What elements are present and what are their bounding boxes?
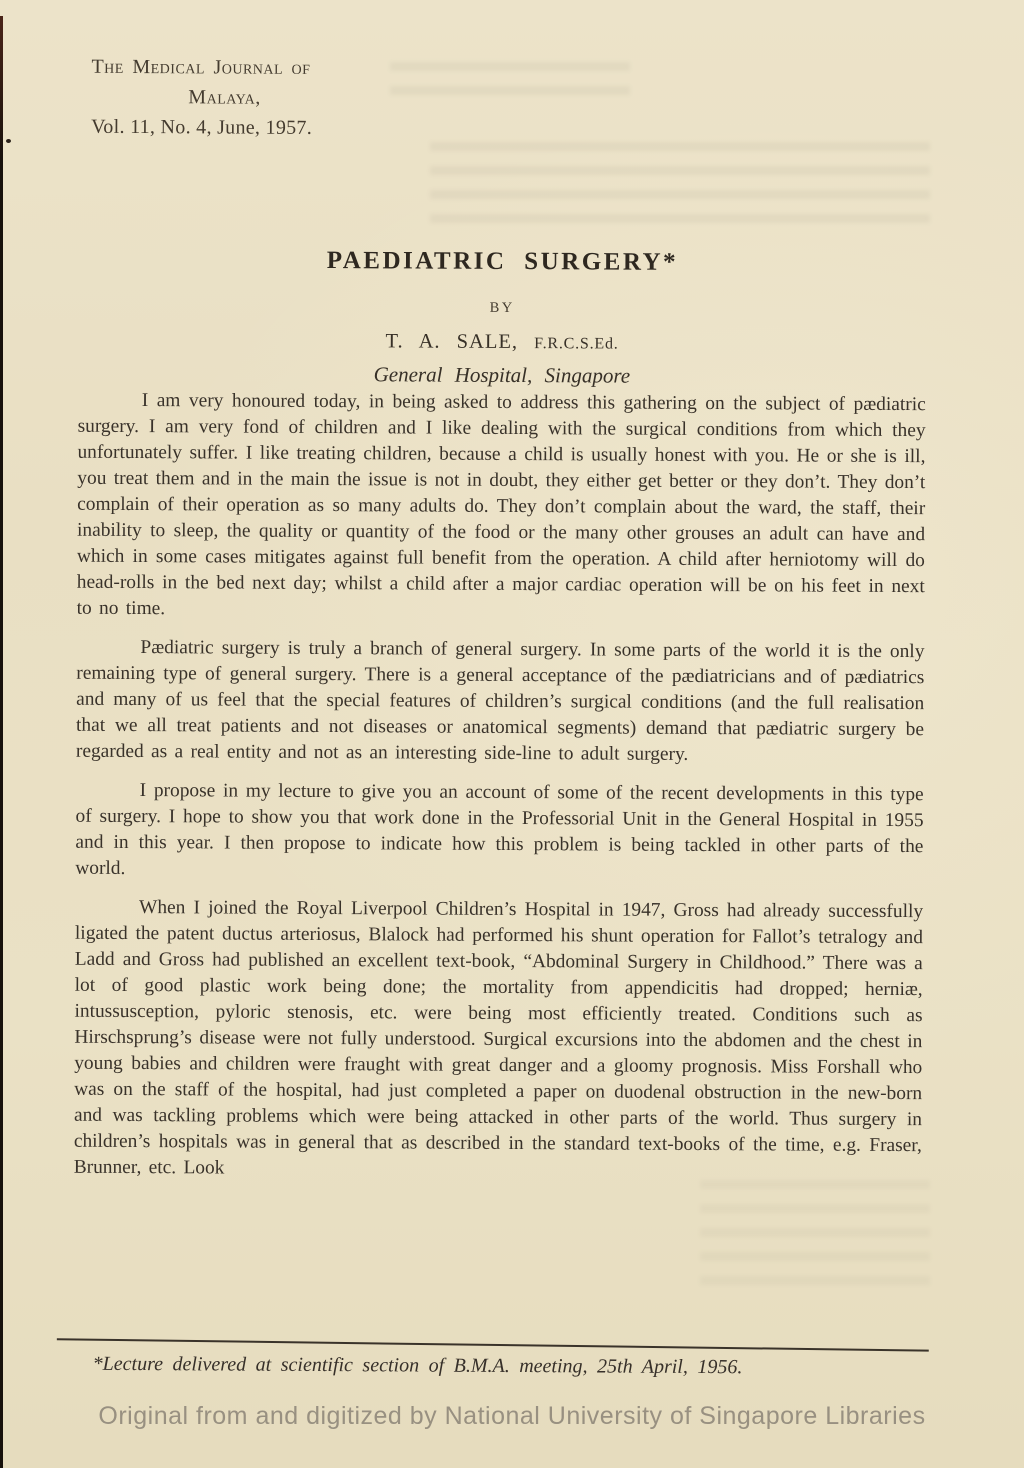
paragraph: When I joined the Royal Liverpool Childr… [74,895,923,1185]
article-heading-block: PAEDIATRIC SURGERY* BY T. A. SALE, F.R.C… [78,246,927,390]
scanned-journal-page: The Medical Journal of Malaya, Vol. 11, … [0,0,1024,1468]
byline-label: BY [78,298,926,319]
article-title: PAEDIATRIC SURGERY* [78,246,926,278]
scan-content: The Medical Journal of Malaya, Vol. 11, … [0,0,1024,1468]
article-body: I am very honoured today, in being asked… [74,388,926,1185]
footnote-text: *Lecture delivered at scientific section… [93,1353,1021,1381]
footnote-area: *Lecture delivered at scientific section… [0,1341,1021,1380]
journal-volume-issue: Vol. 11, No. 4, June, 1957. [91,112,312,143]
footnote-rule [57,1338,929,1351]
paragraph: Pædiatric surgery is truly a branch of g… [76,635,925,769]
author-credentials: F.R.C.S.Ed. [534,335,619,352]
digitization-watermark: Original from and digitized by National … [0,1402,1024,1431]
paragraph: I am very honoured today, in being asked… [77,388,926,626]
journal-name-line1: The Medical Journal of [91,52,312,83]
author-name: T. A. SALE, [385,330,518,353]
author-affiliation: General Hospital, Singapore [78,361,926,390]
journal-name-line2: Malaya, [188,82,312,113]
scan-edge-artifact [0,16,3,1468]
scan-speck-artifact [6,139,11,143]
journal-header: The Medical Journal of Malaya, Vol. 11, … [91,52,312,143]
paragraph: I propose in my lecture to give you an a… [75,778,924,886]
author-line: T. A. SALE, F.R.C.S.Ed. [78,329,926,356]
